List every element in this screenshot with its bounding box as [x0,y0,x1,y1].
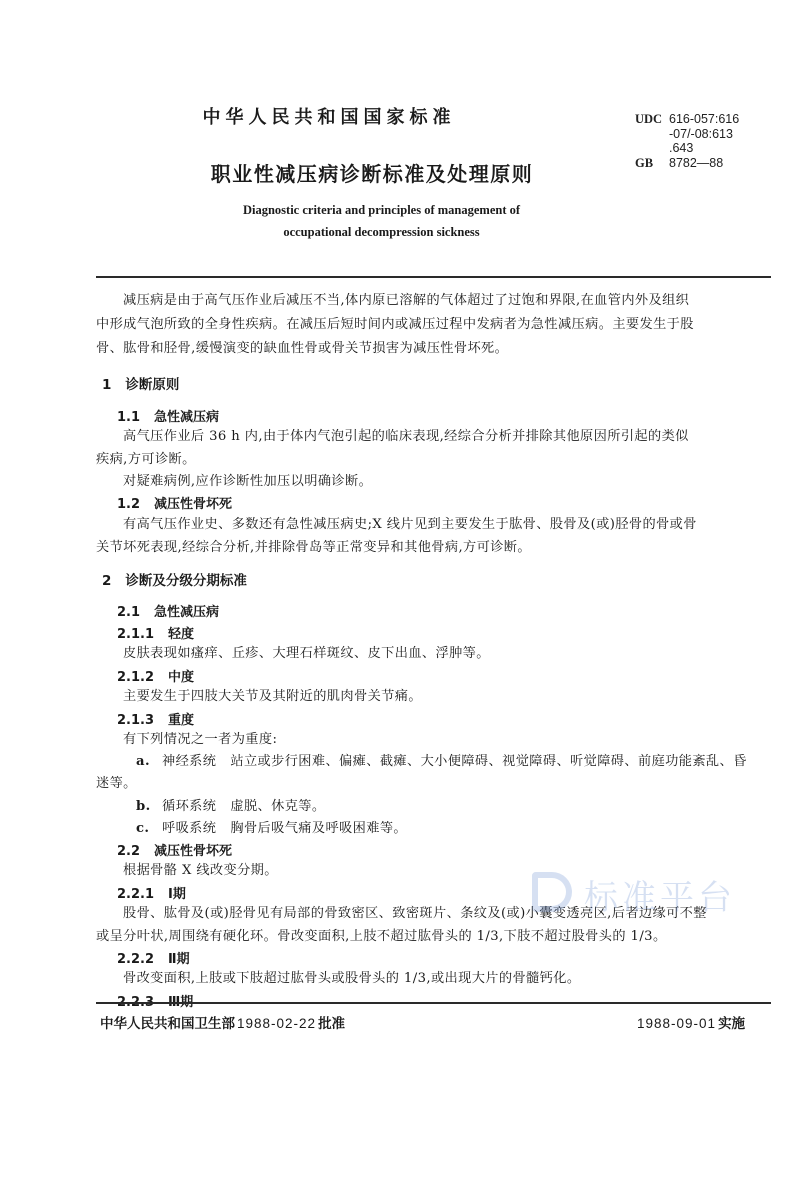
section-1-1-line3: 对疑难病例,应作诊断性加压以明确诊断。 [123,471,372,492]
header-divider [96,276,771,278]
section-1-2-line2: 关节坏死表现,经综合分析,并排除骨岛等正常变异和其他骨病,方可诊断。 [96,537,531,558]
section-2-2-1-line1: 股骨、肱骨及(或)胫骨见有局部的骨致密区、致密斑片、条纹及(或)小囊变透亮区,后… [123,903,707,924]
section-2-1-3-intro: 有下列情况之一者为重度: [123,729,277,750]
national-standard-heading: 中华人民共和国国家标准 [0,103,658,129]
section-2-2-1-line2: 或呈分叶状,周围绕有硬化环。骨改变面积,上肢不超过肱骨头的 1/3,下肢不超过股… [96,926,667,947]
section-2-1-3-heading: 2.1.3重度 [117,709,194,728]
section-1-1-line2: 疾病,方可诊断。 [96,449,196,470]
section-2-2-heading: 2.2减压性骨坏死 [117,840,232,859]
footer-effective: 1988-09-01实施 [637,1012,745,1032]
intro-line1: 减压病是由于高气压作业后减压不当,体内原已溶解的气体超过了过饱和界限,在血管内外… [123,290,689,311]
section-2-1-1-heading: 2.1.1轻度 [117,623,194,642]
udc-code-line3: .643 [635,141,739,156]
effective-date: 1988-09-01 [637,1016,716,1031]
approval-date: 1988-02-22 [237,1016,316,1031]
severe-item-b: b.循环系统虚脱、休克等。 [136,796,325,817]
intro-line2: 中形成气泡所致的全身性疾病。在减压后短时间内或减压过程中发病者为急性减压病。主要… [96,314,694,335]
udc-code-line2: -07/-08:613 [635,127,739,142]
section-2-2-3-heading: 2.2.3Ⅲ期 [117,991,193,1010]
severe-item-a: a.神经系统站立或步行困难、偏瘫、截瘫、大小便障碍、视觉障碍、听觉障碍、前庭功能… [136,751,747,772]
section-2-2-text: 根据骨骼 X 线改变分期。 [123,860,278,881]
footer-divider [96,1002,771,1004]
document-title-en-line2: occupational decompression sickness [0,225,763,240]
udc-code-line1: 616-057:616 [669,112,739,126]
section-1-1-line1: 高气压作业后 36 h 内,由于体内气泡引起的临床表现,经综合分析并排除其他原因… [123,426,689,447]
section-2-heading: 2诊断及分级分期标准 [102,569,247,589]
udc-label: UDC [635,112,669,127]
section-1-1-heading: 1.1急性减压病 [117,406,219,425]
section-2-1-2-text: 主要发生于四肢大关节及其附近的肌肉骨关节痛。 [123,686,422,707]
section-2-2-2-heading: 2.2.2Ⅱ期 [117,948,190,967]
section-2-1-1-text: 皮肤表现如瘙痒、丘疹、大理石样斑纹、皮下出血、浮肿等。 [123,643,490,664]
approver: 中华人民共和国卫生部 [100,1016,235,1032]
document-title-en-line1: Diagnostic criteria and principles of ma… [0,203,763,218]
section-1-2-heading: 1.2减压性骨坏死 [117,493,232,512]
severe-item-c: c.呼吸系统胸骨后吸气痛及呼吸困难等。 [136,818,407,839]
section-2-2-1-heading: 2.2.1Ⅰ期 [117,883,186,902]
section-1-heading: 1诊断原则 [102,373,179,393]
section-2-1-heading: 2.1急性减压病 [117,601,219,620]
intro-line3: 骨、肱骨和胫骨,缓慢演变的缺血性骨或骨关节损害为减压性骨坏死。 [96,338,508,359]
document-title-zh: 职业性减压病诊断标准及处理原则 [0,158,744,187]
section-1-2-line1: 有高气压作业史、多数还有急性减压病史;X 线片见到主要发生于肱骨、股骨及(或)胫… [123,514,697,535]
section-2-2-2-text: 骨改变面积,上肢或下肢超过肱骨头或股骨头的 1/3,或出现大片的骨髓钙化。 [123,968,580,989]
severe-item-a-continuation: 迷等。 [96,773,137,794]
section-2-1-2-heading: 2.1.2中度 [117,666,194,685]
footer-approval: 中华人民共和国卫生部1988-02-22批准 [100,1012,345,1032]
